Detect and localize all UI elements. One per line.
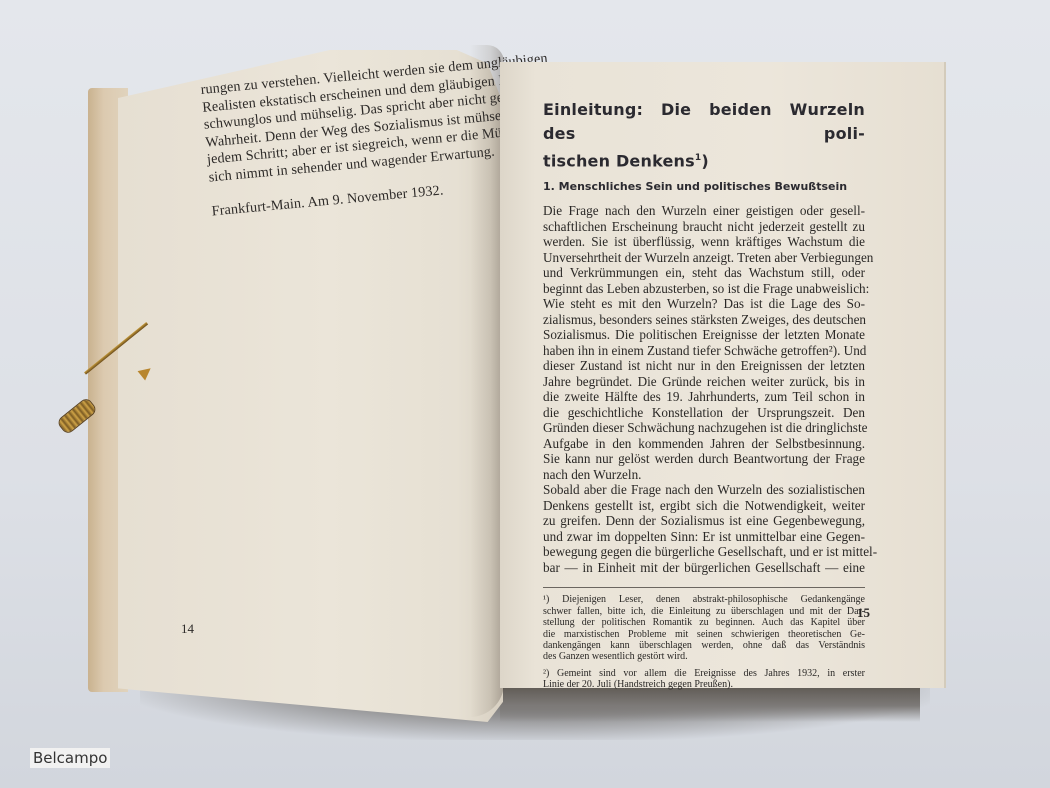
body-line: und Verkrümmungen ein, steht das Wachstu… bbox=[543, 265, 865, 281]
body-line: schaftlichen Erscheinung braucht nicht j… bbox=[543, 219, 865, 235]
footnote-2: ²) Gemeint sind vor allem die Ereignisse… bbox=[543, 668, 865, 691]
left-page-text: rungen zu verstehen. Vielleicht werden s… bbox=[200, 56, 501, 221]
body-line: nach den Wurzeln. bbox=[543, 467, 865, 483]
body-line: Denkens gestellt ist, ergibt sich die No… bbox=[543, 498, 865, 514]
body-line: bar — in Einheit mit der bürgerlichen Ge… bbox=[543, 560, 865, 576]
footnote-line: ¹) Diejenigen Leser, denen abstrakt-phil… bbox=[543, 594, 865, 605]
body-text: Die Frage nach den Wurzeln einer geistig… bbox=[543, 203, 865, 575]
body-line: haben ihn in einem Zustand tiefer Schwäc… bbox=[543, 343, 865, 359]
body-line: bewegung gegen die bürgerliche Gesellsch… bbox=[543, 544, 865, 560]
footnote-line: ²) Gemeint sind vor allem die Ereignisse… bbox=[543, 668, 865, 679]
body-line: zialismus, besonders seines stärksten Zw… bbox=[543, 312, 865, 328]
body-line: Unversehrtheit der Wurzeln anzeigt. Tret… bbox=[543, 250, 865, 266]
body-line: die geschichtliche Konstellation der Urs… bbox=[543, 405, 865, 421]
chapter-title: Einleitung: Die beiden Wurzeln des poli-… bbox=[543, 98, 865, 173]
watermark-label: Belcampo bbox=[30, 748, 110, 768]
footnote-line: stellung der politischen Romantik zu beg… bbox=[543, 617, 865, 628]
body-line: werden. Sie ist überflüssig, wenn kräfti… bbox=[543, 234, 865, 250]
body-line: beginnt das Leben abzusterben, so ist di… bbox=[543, 281, 865, 297]
body-line: Sobald aber die Frage nach den Wurzeln d… bbox=[543, 482, 865, 498]
footnote-line: dankengängen kann überschlagen werden, o… bbox=[543, 640, 865, 651]
right-page-number: 15 bbox=[857, 605, 870, 621]
footnote-line: die marxistischen Probleme mit seinen sc… bbox=[543, 629, 865, 640]
body-line: Wie steht es mit den Wurzeln? Das ist di… bbox=[543, 296, 865, 312]
body-line: Sie kann nur gelöst werden durch Beantwo… bbox=[543, 451, 865, 467]
footnote-line: schwer fallen, bitte ich, die Einleitung… bbox=[543, 606, 865, 617]
footnote-1: ¹) Diejenigen Leser, denen abstrakt-phil… bbox=[543, 594, 865, 662]
chapter-title-line1: Einleitung: Die beiden Wurzeln des poli- bbox=[543, 98, 865, 146]
body-line: dieser Zustand ist nicht nur in den Erei… bbox=[543, 358, 865, 374]
right-page-content: Einleitung: Die beiden Wurzeln des poli-… bbox=[543, 98, 865, 696]
footnote-line: Linie der 20. Juli (Handstreich gegen Pr… bbox=[543, 679, 865, 690]
footnote-line: des Ganzen wesentlich gestört wird. bbox=[543, 651, 865, 662]
left-page-number: 14 bbox=[181, 621, 194, 637]
body-line: Jahre begründet. Die Gründe reichen weit… bbox=[543, 374, 865, 390]
chapter-title-close: ) bbox=[701, 151, 709, 170]
body-line: und zwar im doppelten Sinn: Er ist unmit… bbox=[543, 529, 865, 545]
body-line: die zweite Hälfte des 19. Jahrhunderts, … bbox=[543, 389, 865, 405]
section-title: 1. Menschliches Sein und politisches Bew… bbox=[543, 180, 865, 193]
body-line: Aufgabe in den kommenden Jahren der Selb… bbox=[543, 436, 865, 452]
body-line: Gründen dieser Schwächung nachzugehen is… bbox=[543, 420, 865, 436]
chapter-title-line2: tischen Denkens bbox=[543, 151, 695, 170]
body-line: Die Frage nach den Wurzeln einer geistig… bbox=[543, 203, 865, 219]
body-line: zu greifen. Denn der Sozialismus ist ein… bbox=[543, 513, 865, 529]
footnote-divider bbox=[543, 587, 865, 588]
body-line: Sozialismus. Die politischen Ereignisse … bbox=[543, 327, 865, 343]
